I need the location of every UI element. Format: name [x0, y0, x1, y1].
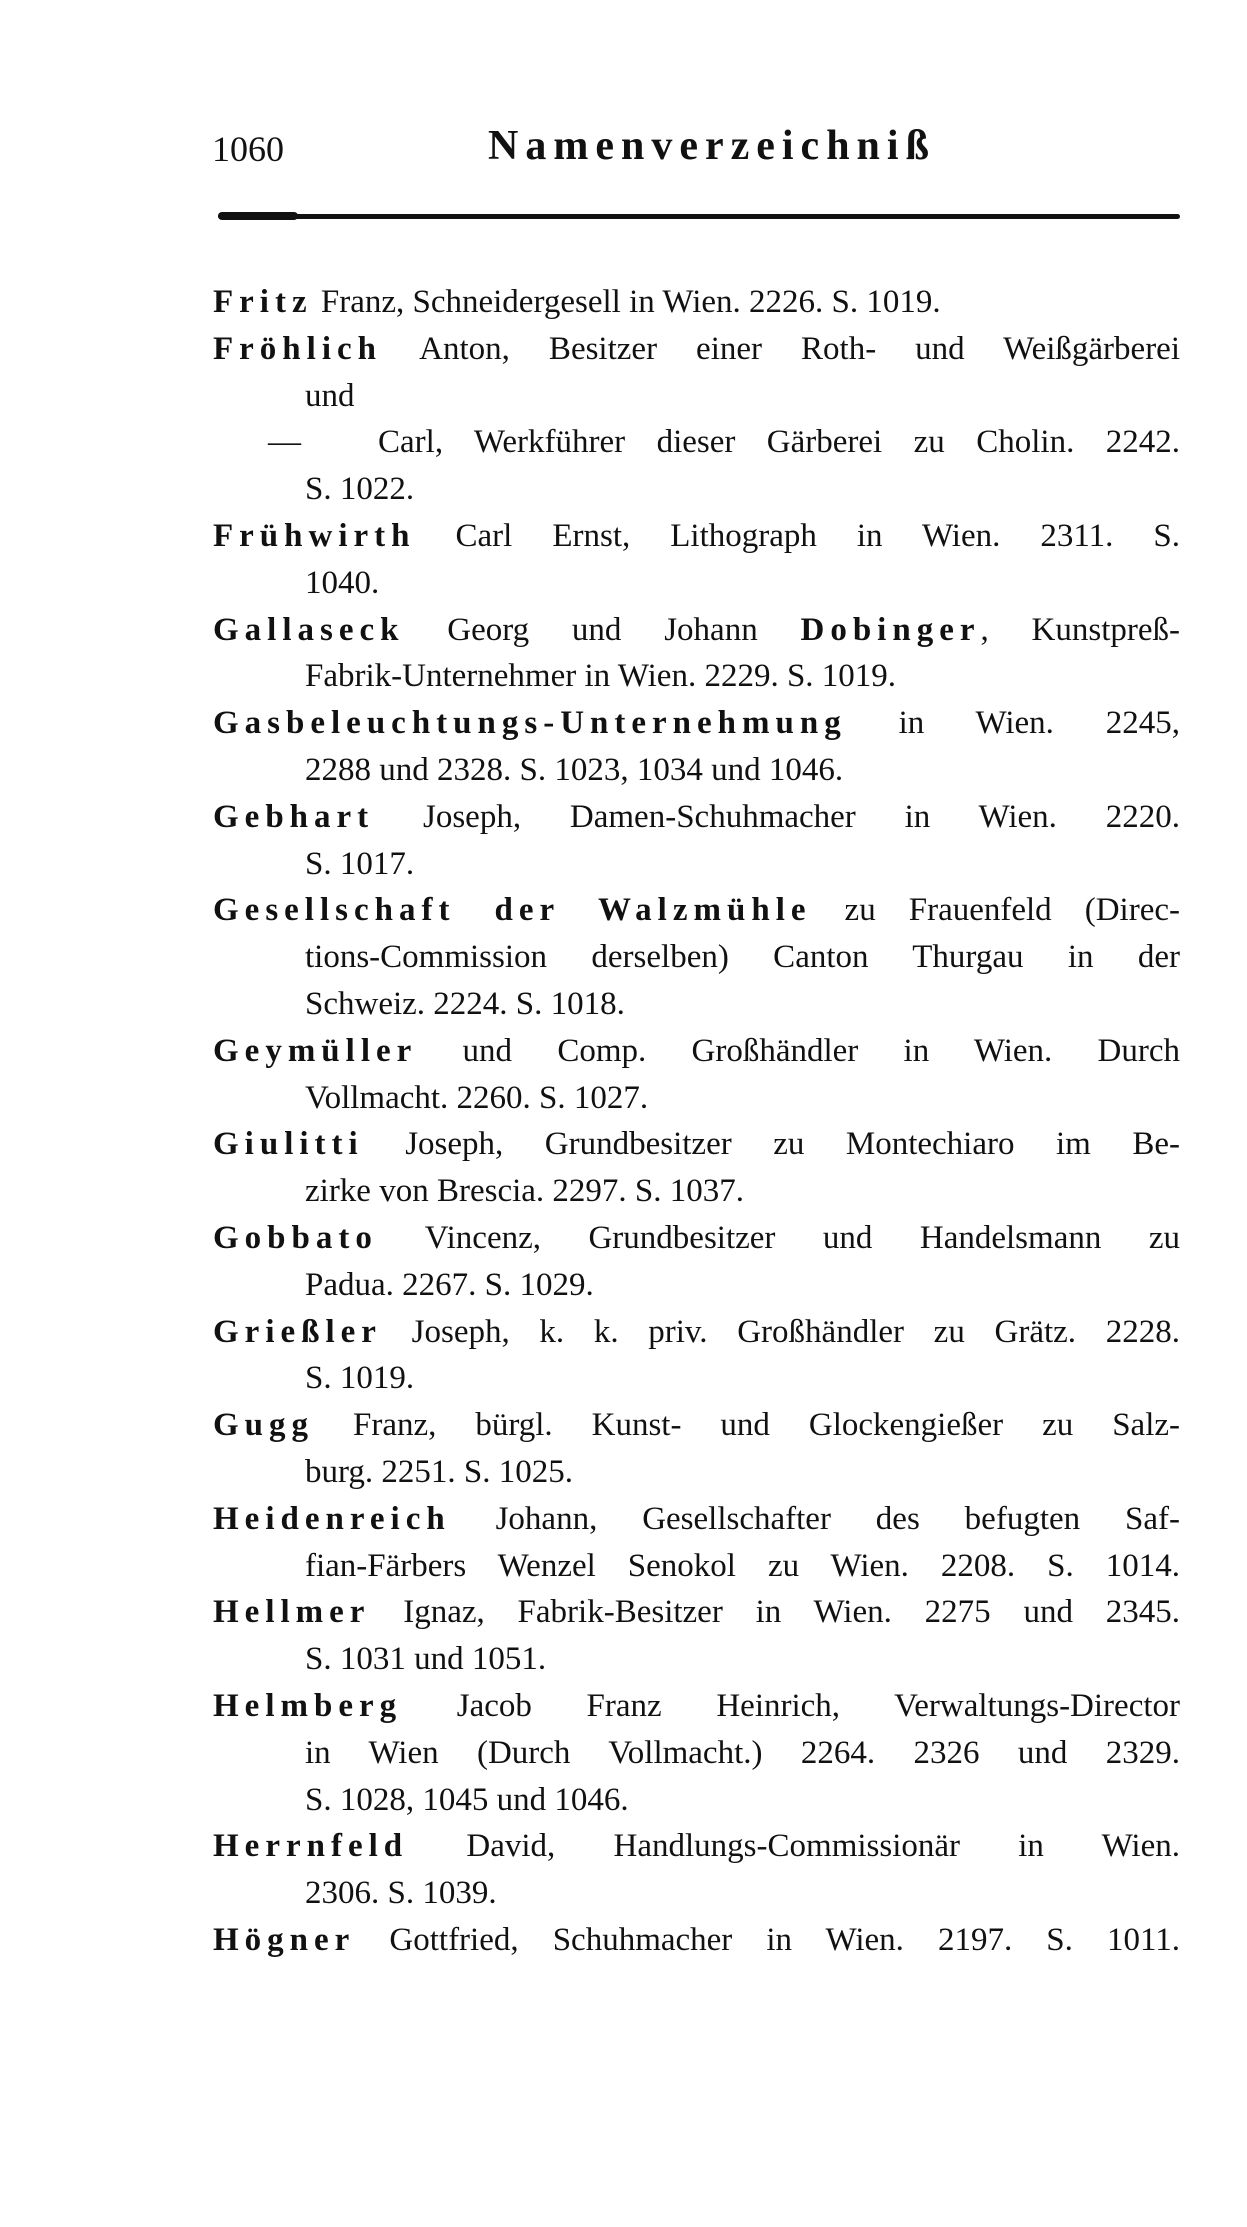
entry-text: 2306. S. 1039.	[305, 1875, 497, 1911]
entry-text: Ignaz, Fabrik-Besitzer in Wien. 2275 und…	[370, 1594, 1180, 1630]
entry-heading-line: Högner Gottfried, Schuhmacher in Wien. 2…	[213, 1920, 1180, 1960]
entry-surname: Fröhlich	[213, 331, 382, 367]
entry-text: Joseph, k. k. priv. Großhändler zu Grätz…	[382, 1314, 1180, 1350]
entry-heading-line: Hellmer Ignaz, Fabrik-Besitzer in Wien. …	[213, 1592, 1180, 1632]
entry-surname: Frühwirth	[213, 518, 416, 554]
entry-text: Franz, Schneidergesell in Wien. 2226. S.…	[313, 284, 941, 320]
entry-text: S. 1031 und 1051.	[305, 1641, 546, 1677]
entry-text: S. 1019.	[305, 1360, 414, 1396]
entry-continuation-line: Padua. 2267. S. 1029.	[305, 1265, 1180, 1305]
entry-continuation-line: S. 1022.	[305, 469, 1180, 509]
entry-text: Carl, Werkführer dieser Gärberei zu Chol…	[378, 424, 1180, 460]
entry-text: 2288 und 2328. S. 1023, 1034 und 1046.	[305, 752, 843, 788]
entry-text: Georg und Johann	[405, 612, 801, 648]
entry-text: in Wien (Durch Vollmacht.) 2264. 2326 un…	[305, 1735, 1180, 1771]
entry-continuation-line: S. 1017.	[305, 844, 1180, 884]
entry-text: und	[305, 378, 355, 414]
entry-text: S. 1022.	[305, 471, 414, 507]
entry-text: fian-Färbers Wenzel Senokol zu Wien. 220…	[305, 1548, 1180, 1584]
entry-text: S. 1028, 1045 und 1046.	[305, 1782, 629, 1818]
entry-surname: Fritz	[213, 284, 313, 320]
entry-text: Vincenz, Grundbesitzer und Handelsmann z…	[378, 1220, 1180, 1256]
entry-continuation-line: in Wien (Durch Vollmacht.) 2264. 2326 un…	[305, 1733, 1180, 1773]
entry-continuation-line: Carl, Werkführer dieser Gärberei zu Chol…	[378, 422, 1180, 462]
entry-continuation-line: 2288 und 2328. S. 1023, 1034 und 1046.	[305, 750, 1180, 790]
entry-continuation-line: 2306. S. 1039.	[305, 1873, 1180, 1913]
entry-text: Joseph, Damen-Schuhmacher in Wien. 2220.	[374, 799, 1180, 835]
header-rule	[218, 214, 1180, 219]
entry-text: Franz, bürgl. Kunst- und Glockengießer z…	[314, 1407, 1180, 1443]
page-number: 1060	[212, 128, 284, 170]
entry-continuation-line: S. 1019.	[305, 1358, 1180, 1398]
entry-surname: Giulitti	[213, 1126, 364, 1162]
entry-text: Anton, Besitzer einer Roth- und Weißgärb…	[382, 331, 1180, 367]
entry-continuation-line: burg. 2251. S. 1025.	[305, 1452, 1180, 1492]
entry-text: David, Handlungs-Commissionär in Wien.	[408, 1828, 1180, 1864]
entry-heading-line: Gobbato Vincenz, Grundbesitzer und Hande…	[213, 1218, 1180, 1258]
entry-text: zirke von Brescia. 2297. S. 1037.	[305, 1173, 744, 1209]
entry-continuation-line: Schweiz. 2224. S. 1018.	[305, 984, 1180, 1024]
entry-text: Carl Ernst, Lithograph in Wien. 2311. S.	[416, 518, 1181, 554]
entry-text: Padua. 2267. S. 1029.	[305, 1267, 594, 1303]
entry-continuation-line: und	[305, 376, 1180, 416]
entry-surname: Geymüller	[213, 1033, 417, 1069]
entry-surname: Gebhart	[213, 799, 374, 835]
entry-heading-line: Gebhart Joseph, Damen-Schuhmacher in Wie…	[213, 797, 1180, 837]
entry-continuation-line: 1040.	[305, 563, 1180, 603]
entry-text: Jacob Franz Heinrich, Verwaltungs-Direct…	[402, 1688, 1180, 1724]
running-title: Namenverzeichniß	[488, 122, 936, 170]
entry-heading-line: Fritz Franz, Schneidergesell in Wien. 22…	[213, 282, 1180, 322]
entry-heading-line: Grießler Joseph, k. k. priv. Großhändler…	[213, 1312, 1180, 1352]
entry-text: Vollmacht. 2260. S. 1027.	[305, 1080, 648, 1116]
entry-continuation-line: fian-Färbers Wenzel Senokol zu Wien. 220…	[305, 1546, 1180, 1586]
entry-text: Johann, Gesellschafter des befugten Saf-	[451, 1501, 1180, 1537]
entry-text: , Kunstpreß-	[981, 612, 1181, 648]
entry-surname: Helmberg	[213, 1688, 402, 1724]
entry-text: tions-Commission derselben) Canton Thurg…	[305, 939, 1180, 975]
entry-surname: Gasbeleuchtungs-Unternehmung	[213, 705, 847, 741]
entry-text: burg. 2251. S. 1025.	[305, 1454, 573, 1490]
entry-heading-line: Fröhlich Anton, Besitzer einer Roth- und…	[213, 329, 1180, 369]
entry-text: in Wien. 2245,	[847, 705, 1180, 741]
entry-surname: Herrnfeld	[213, 1828, 408, 1864]
entry-surname: Gesellschaft der Walzmühle	[213, 892, 812, 928]
entry-heading-line: Herrnfeld David, Handlungs-Commissionär …	[213, 1826, 1180, 1866]
entry-heading-line: Geymüller und Comp. Großhändler in Wien.…	[213, 1031, 1180, 1071]
entry-surname: Heidenreich	[213, 1501, 451, 1537]
entry-text: zu Frauenfeld (Direc-	[812, 892, 1180, 928]
entry-heading-line: Gesellschaft der Walzmühle zu Frauenfeld…	[213, 890, 1180, 930]
entry-surname: Gallaseck	[213, 612, 405, 648]
entry-text: 1040.	[305, 565, 379, 601]
entry-continuation-line: zirke von Brescia. 2297. S. 1037.	[305, 1171, 1180, 1211]
entry-continuation-line: Vollmacht. 2260. S. 1027.	[305, 1078, 1180, 1118]
entry-heading-line: Gugg Franz, bürgl. Kunst- und Glockengie…	[213, 1405, 1180, 1445]
entry-heading-line: Giulitti Joseph, Grundbesitzer zu Montec…	[213, 1124, 1180, 1164]
entry-heading-line: Frühwirth Carl Ernst, Lithograph in Wien…	[213, 516, 1180, 556]
entry-surname: Gugg	[213, 1407, 314, 1443]
entry-continuation-line: Fabrik-Unternehmer in Wien. 2229. S. 101…	[305, 656, 1180, 696]
entry-text: und Comp. Großhändler in Wien. Durch	[417, 1033, 1180, 1069]
entry-surname: Dobinger	[801, 612, 981, 648]
entry-text: S. 1017.	[305, 846, 414, 882]
entry-heading-line: Heidenreich Johann, Gesellschafter des b…	[213, 1499, 1180, 1539]
entry-heading-line: Gallaseck Georg und Johann Dobinger, Kun…	[213, 610, 1180, 650]
entry-continuation-line: tions-Commission derselben) Canton Thurg…	[305, 937, 1180, 977]
entry-heading-line: Helmberg Jacob Franz Heinrich, Verwaltun…	[213, 1686, 1180, 1726]
entry-text: Gottfried, Schuhmacher in Wien. 2197. S.…	[355, 1922, 1180, 1958]
entry-surname: Högner	[213, 1922, 355, 1958]
entry-surname: Gobbato	[213, 1220, 378, 1256]
entry-text: Joseph, Grundbesitzer zu Montechiaro im …	[364, 1126, 1180, 1162]
entry-continuation-line: S. 1028, 1045 und 1046.	[305, 1780, 1180, 1820]
ditto-dash: —	[268, 422, 301, 462]
entry-text: Schweiz. 2224. S. 1018.	[305, 986, 625, 1022]
entry-continuation-line: S. 1031 und 1051.	[305, 1639, 1180, 1679]
entry-heading-line: Gasbeleuchtungs-Unternehmung in Wien. 22…	[213, 703, 1180, 743]
entry-surname: Grießler	[213, 1314, 382, 1350]
entry-surname: Hellmer	[213, 1594, 370, 1630]
entry-text: Fabrik-Unternehmer in Wien. 2229. S. 101…	[305, 658, 896, 694]
